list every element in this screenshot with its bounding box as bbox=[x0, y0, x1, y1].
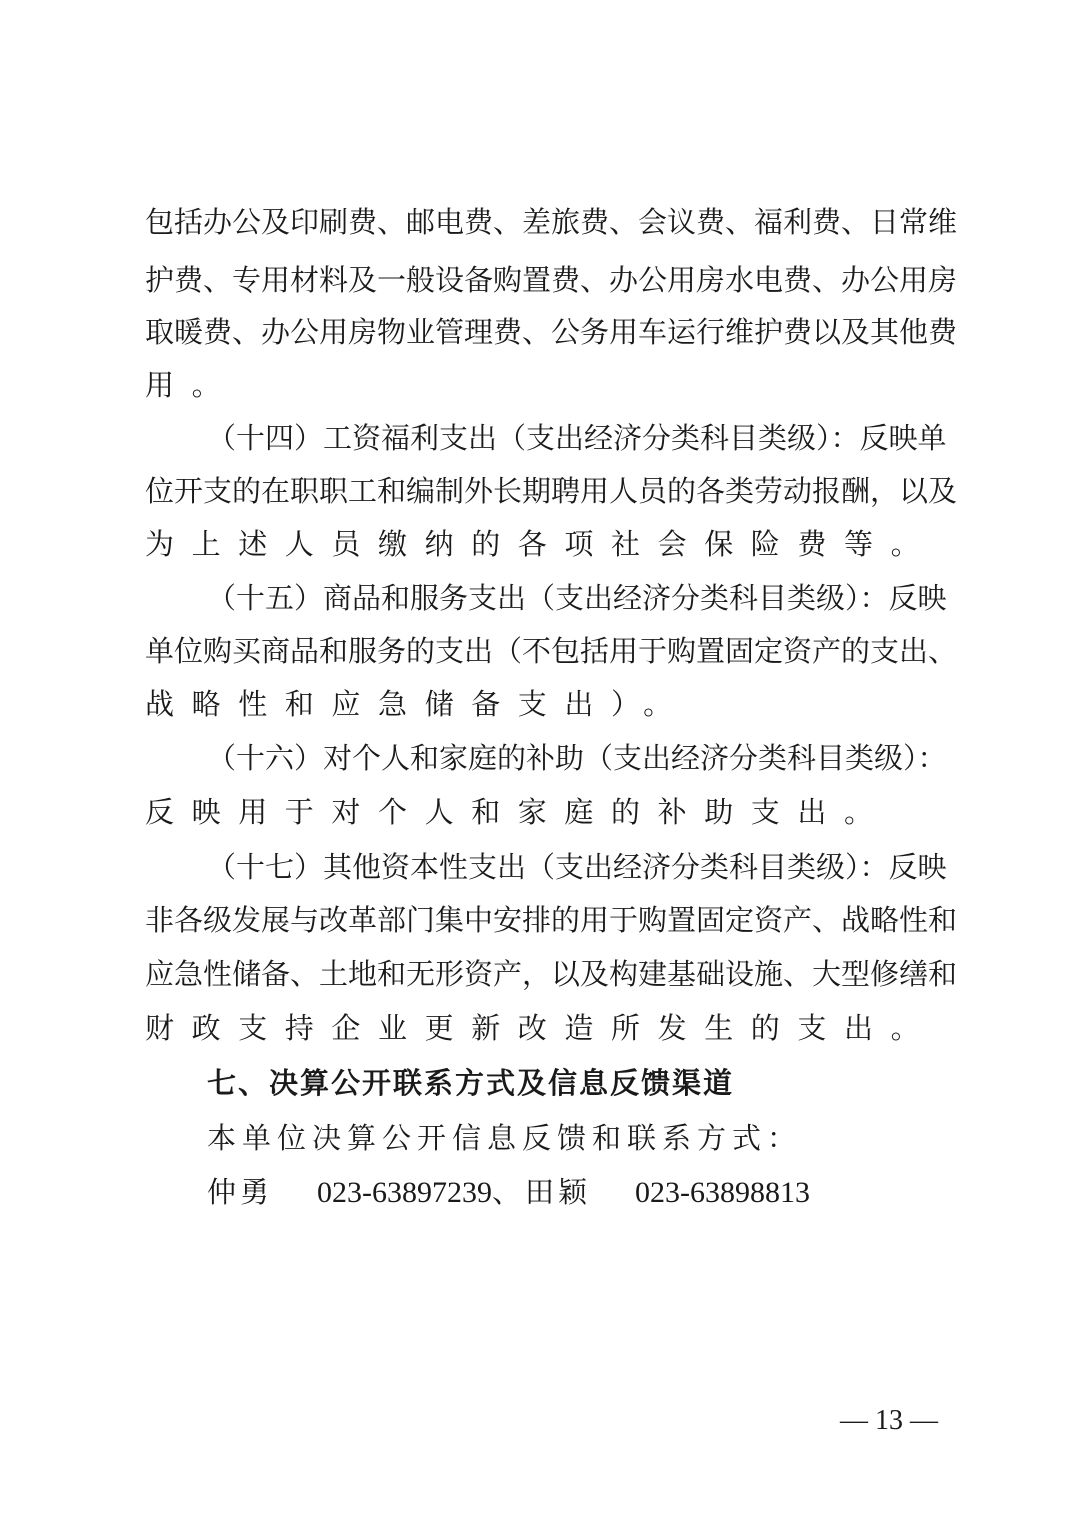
body-line: 取暖费、办公用房物业管理费、公务用车运行维护费以及其他费 bbox=[145, 315, 945, 349]
section-heading: 七、决算公开联系方式及信息反馈渠道 bbox=[207, 1066, 1007, 1100]
body-line: 位开支的在职职工和编制外长期聘用人员的各类劳动报酬，以及 bbox=[145, 474, 945, 508]
page-number: — 13 — bbox=[840, 1405, 938, 1437]
body-line: 反映用于对个人和家庭的补助支出。 bbox=[145, 795, 945, 829]
contact-phone: 023-63898813 bbox=[635, 1176, 810, 1209]
contact-separator: 、 bbox=[492, 1175, 525, 1209]
item-16-title-line: （十六）对个人和家庭的补助（支出经济分类科目类级）： bbox=[207, 741, 945, 775]
body-line: 为上述人员缴纳的各项社会保险费等。 bbox=[145, 527, 945, 561]
body-line: 应急性储备、土地和无形资产，以及构建基础设施、大型修缮和 bbox=[145, 957, 945, 991]
contact-name: 仲勇 bbox=[207, 1175, 273, 1209]
body-line: 非各级发展与改革部门集中安排的用于购置固定资产、战略性和 bbox=[145, 903, 945, 937]
body-line: 用。 bbox=[145, 368, 945, 402]
item-15-title-line: （十五）商品和服务支出（支出经济分类科目类级）：反映 bbox=[207, 581, 945, 615]
body-line: 单位购买商品和服务的支出（不包括用于购置固定资产的支出、 bbox=[145, 634, 945, 668]
contact-intro: 本单位决算公开信息反馈和联系方式： bbox=[207, 1121, 1007, 1155]
body-line: 护费、专用材料及一般设备购置费、办公用房水电费、办公用房 bbox=[145, 263, 945, 297]
contact-name: 田颖 bbox=[525, 1175, 591, 1209]
body-line: 财政支持企业更新改造所发生的支出。 bbox=[145, 1011, 945, 1045]
item-14-title-line: （十四）工资福利支出（支出经济分类科目类级）：反映单 bbox=[207, 421, 945, 455]
contact-line: 仲勇023-63897239、田颖023-63898813 bbox=[207, 1175, 1007, 1209]
document-page: 包括办公及印刷费、邮电费、差旅费、会议费、福利费、日常维 护费、专用材料及一般设… bbox=[0, 0, 1075, 1520]
contact-phone: 023-63897239 bbox=[317, 1176, 492, 1209]
item-17-title-line: （十七）其他资本性支出（支出经济分类科目类级）：反映 bbox=[207, 850, 945, 884]
body-line: 战略性和应急储备支出）。 bbox=[145, 687, 945, 721]
body-line: 包括办公及印刷费、邮电费、差旅费、会议费、福利费、日常维 bbox=[145, 205, 945, 239]
